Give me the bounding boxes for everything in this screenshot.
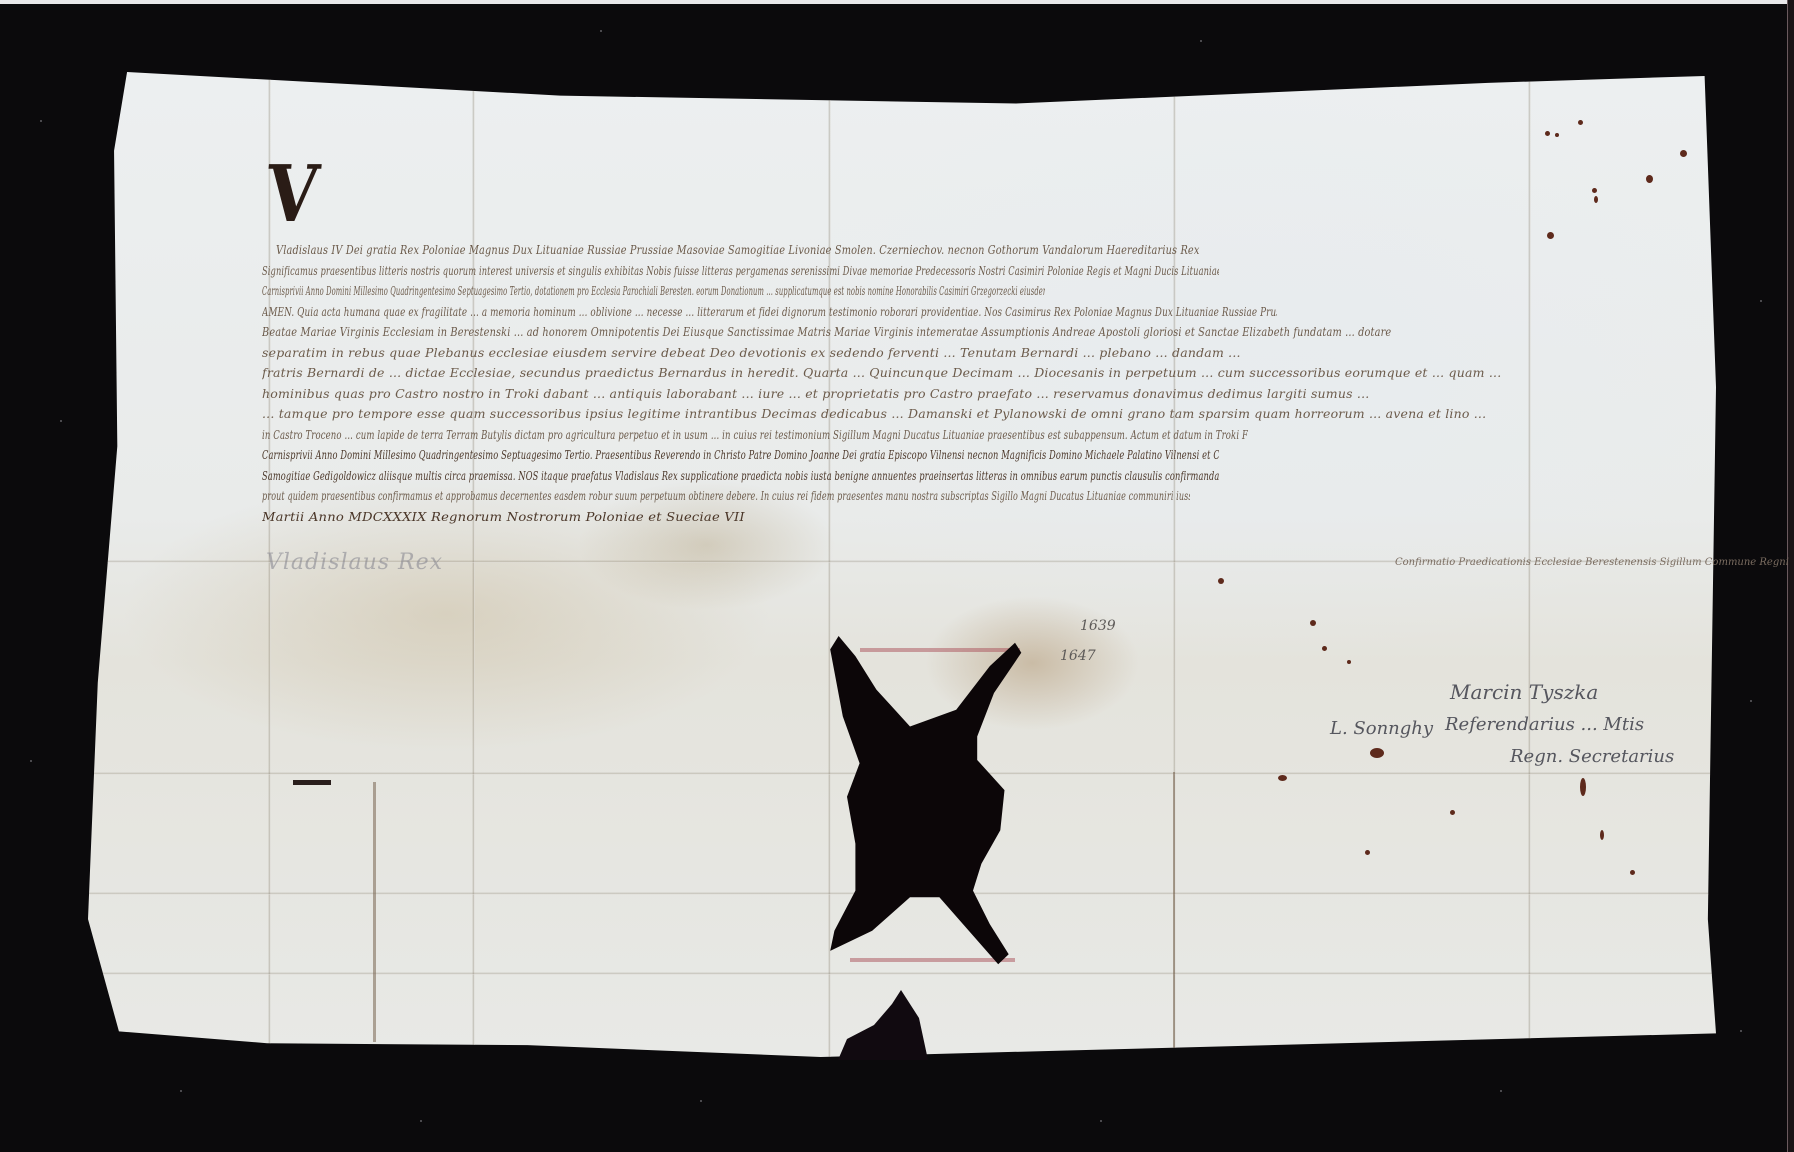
fold-line [88,972,1716,975]
illuminated-initial: V [263,156,321,234]
pencil-note: 1647 [1060,648,1096,664]
text-line: ... tamque pro tempore esse quam success… [262,404,1712,425]
text-line: Significamus praesentibus litteris nostr… [262,261,1219,282]
image-top-border [0,0,1794,4]
registry-signature-line: Marcin Tyszka [1450,680,1598,704]
text-line: Carnisprivii Anno Domini Millesimo Quadr… [262,445,1219,466]
text-line: in Castro Troceno ... cum lapide de terr… [262,425,1248,446]
text-line: Carnisprivii Anno Domini Millesimo Quadr… [262,281,1045,302]
text-line-date: Martii Anno MDCXXXIX Regnorum Nostrorum … [262,507,1784,528]
text-line: hominibus quas pro Castro nostro in Trok… [262,384,1712,405]
pencil-note: 1639 [1080,618,1116,634]
fold-line [828,72,831,1057]
image-right-border [1787,0,1794,1152]
royal-signature: Vladislaus Rex [266,550,443,575]
registry-signature-left: L. Sonnghy [1330,718,1433,739]
tear [293,780,331,785]
text-line: prout quidem praesentibus confirmamus et… [262,486,1190,507]
crease [373,782,376,1042]
chancery-note: Confirmatio Praedicationis Ecclesiae Ber… [1395,557,1789,568]
registry-signature-line: Referendarius ... Mtis [1445,714,1644,735]
seal-cord [850,958,1015,962]
seal-cord [860,648,1020,652]
text-line: AMEN. Quia acta humana quae ex fragilita… [262,302,1277,323]
crease [1173,772,1175,1052]
text-line: separatim in rebus quae Plebanus ecclesi… [262,343,1712,364]
charter-text: Vladislaus IV Dei gratia Rex Poloniae Ma… [262,240,1712,527]
text-line: Samogitiae Gedigoldowicz aliisque multis… [262,466,1219,487]
text-line: fratris Bernardi de ... dictae Ecclesiae… [262,363,1712,384]
fold-line [472,72,475,1057]
text-line: Vladislaus IV Dei gratia Rex Poloniae Ma… [262,240,1393,261]
registry-signature-line: Regn. Secretarius [1510,746,1674,767]
text-line: Beatae Mariae Virginis Ecclesiam in Bere… [262,322,1393,343]
